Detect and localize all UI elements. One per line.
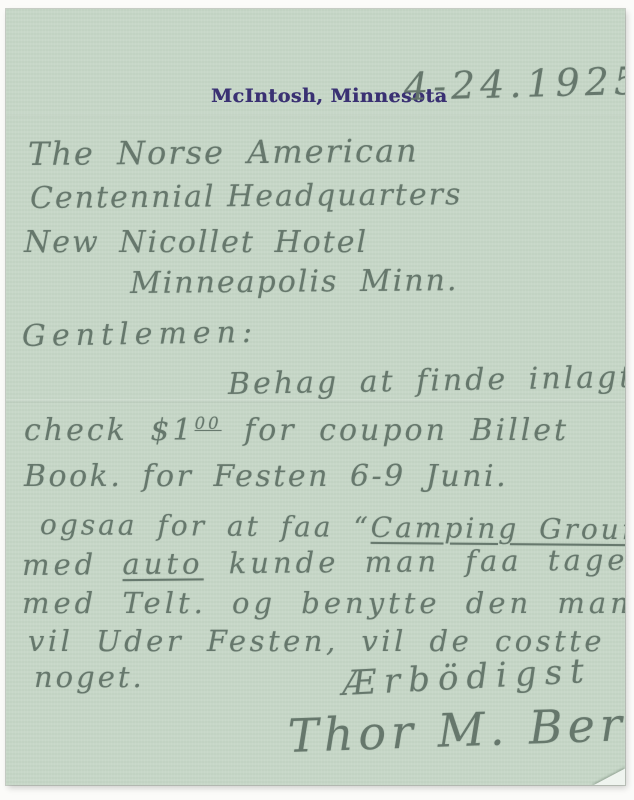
cents-superscript: 00 bbox=[195, 414, 222, 433]
recipient-line: Minneapolis Minn. bbox=[130, 263, 459, 301]
body-line: med Telt. og benytte den man bbox=[22, 586, 625, 620]
body-line: med auto kunde man faa tage bbox=[22, 543, 625, 582]
recipient-line: The Norse American bbox=[28, 132, 419, 173]
corner-fold bbox=[592, 768, 625, 785]
paper-crease-top bbox=[6, 113, 625, 117]
body-line: Behag at finde inlagt bbox=[228, 360, 625, 402]
body-line-segment: med bbox=[22, 547, 123, 582]
signature: Thor M. Berg bbox=[287, 696, 625, 763]
underlined-phrase: Camping Ground bbox=[371, 511, 625, 547]
body-line-segment: for coupon Billet bbox=[222, 413, 570, 448]
body-line: noget. bbox=[34, 660, 145, 694]
closing-valediction: Ærbödigst bbox=[341, 651, 593, 704]
scan-background: McIntosh, Minnesota 4-24.1925 The Norse … bbox=[0, 0, 634, 800]
recipient-line: New Nicollet Hotel bbox=[24, 225, 368, 260]
handwritten-date: 4-24.1925 bbox=[403, 59, 625, 109]
body-line: Book. for Festen 6-9 Juni. bbox=[24, 459, 508, 494]
body-line-segment: kunde man faa tage bbox=[203, 543, 625, 581]
underlined-word: auto bbox=[122, 546, 203, 581]
body-line: vil Uder Festen, vil de costte bbox=[28, 624, 605, 658]
body-line: ogsaa for at faa “Camping Ground” bbox=[40, 508, 625, 547]
body-line: check $100 for coupon Billet bbox=[24, 413, 569, 448]
body-line-segment: ogsaa for at faa “ bbox=[40, 508, 371, 544]
letter-paper: McIntosh, Minnesota 4-24.1925 The Norse … bbox=[6, 9, 625, 785]
salutation: Gentlemen: bbox=[22, 315, 259, 354]
recipient-line: Centennial Headquarters bbox=[30, 177, 463, 216]
body-line-segment: check $1 bbox=[24, 413, 195, 448]
